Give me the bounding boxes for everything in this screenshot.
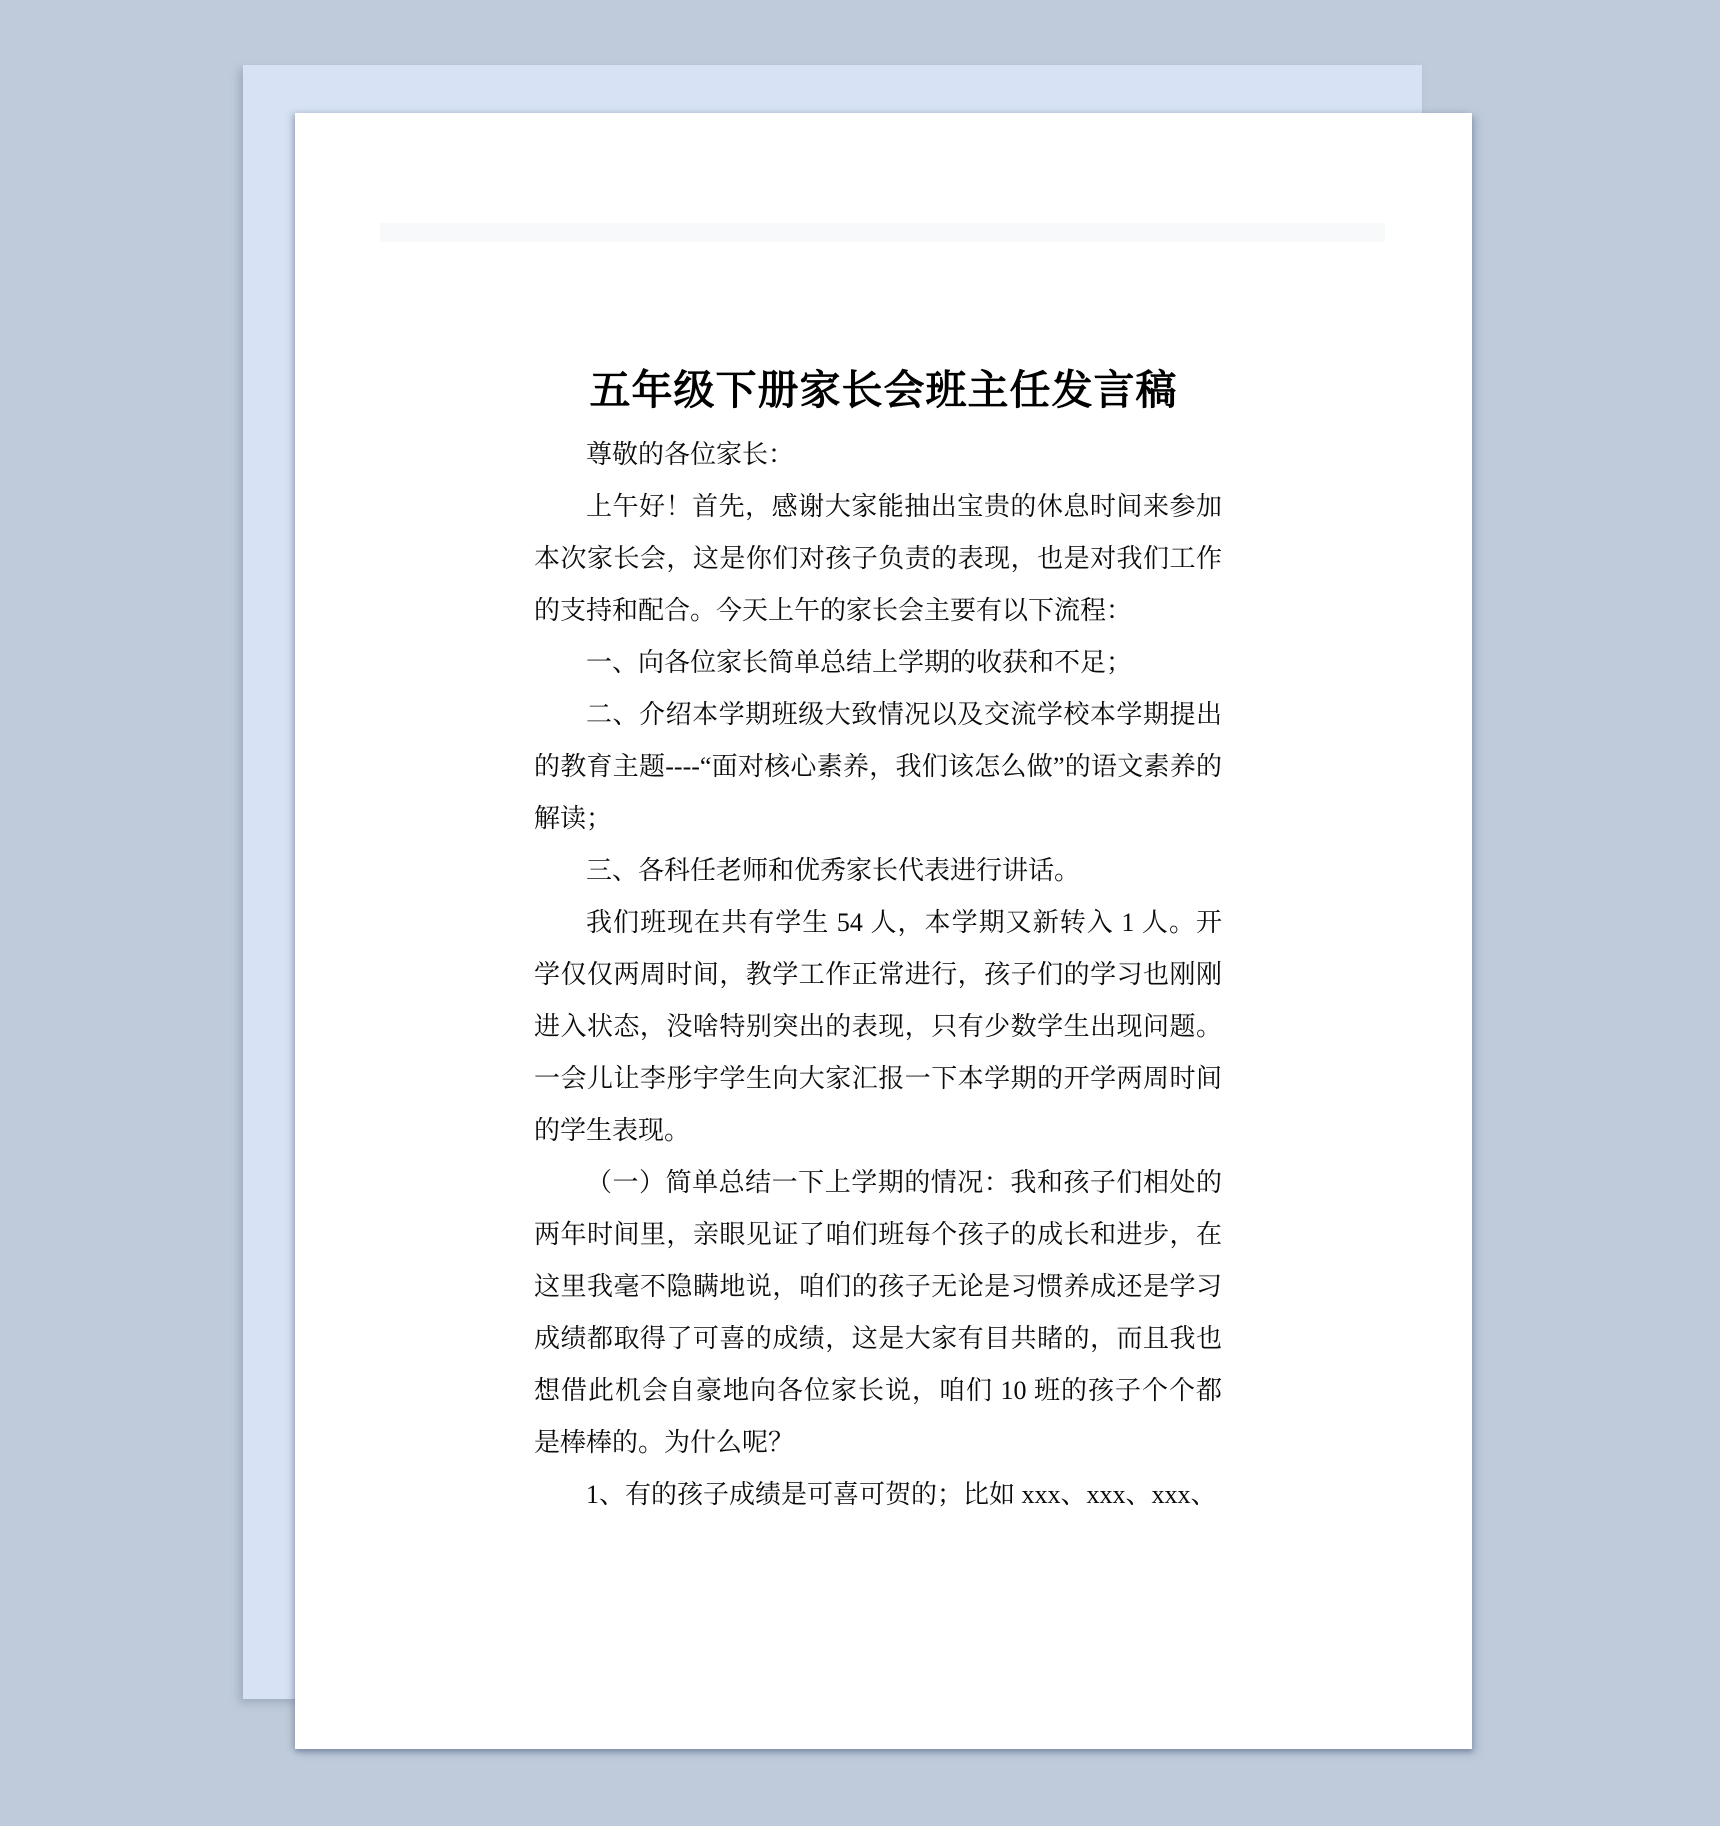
- desktop-background: 五年级下册家长会班主任发言稿 尊敬的各位家长：上午好！首先，感谢大家能抽出宝贵的…: [0, 0, 1720, 1826]
- paragraph: 我们班现在共有学生 54 人，本学期又新转入 1 人。开学仅仅两周时间，教学工作…: [534, 897, 1222, 1157]
- paragraph: （一）简单总结一下上学期的情况：我和孩子们相处的两年时间里，亲眼见证了咱们班每个…: [534, 1157, 1222, 1469]
- page-header-bar: [380, 223, 1385, 242]
- paragraph: 三、各科任老师和优秀家长代表进行讲话。: [534, 845, 1222, 897]
- document-title: 五年级下册家长会班主任发言稿: [295, 365, 1472, 415]
- paragraph: 尊敬的各位家长：: [534, 429, 1222, 481]
- paragraph: 一、向各位家长简单总结上学期的收获和不足；: [534, 637, 1222, 689]
- paragraph: 二、介绍本学期班级大致情况以及交流学校本学期提出的教育主题----“面对核心素养…: [534, 689, 1222, 845]
- paragraph: 1、有的孩子成绩是可喜可贺的；比如 xxx、xxx、xxx、: [534, 1469, 1222, 1521]
- document-page: 五年级下册家长会班主任发言稿 尊敬的各位家长：上午好！首先，感谢大家能抽出宝贵的…: [295, 113, 1472, 1749]
- paragraph: 上午好！首先，感谢大家能抽出宝贵的休息时间来参加本次家长会，这是你们对孩子负责的…: [534, 481, 1222, 637]
- document-body: 尊敬的各位家长：上午好！首先，感谢大家能抽出宝贵的休息时间来参加本次家长会，这是…: [534, 429, 1222, 1521]
